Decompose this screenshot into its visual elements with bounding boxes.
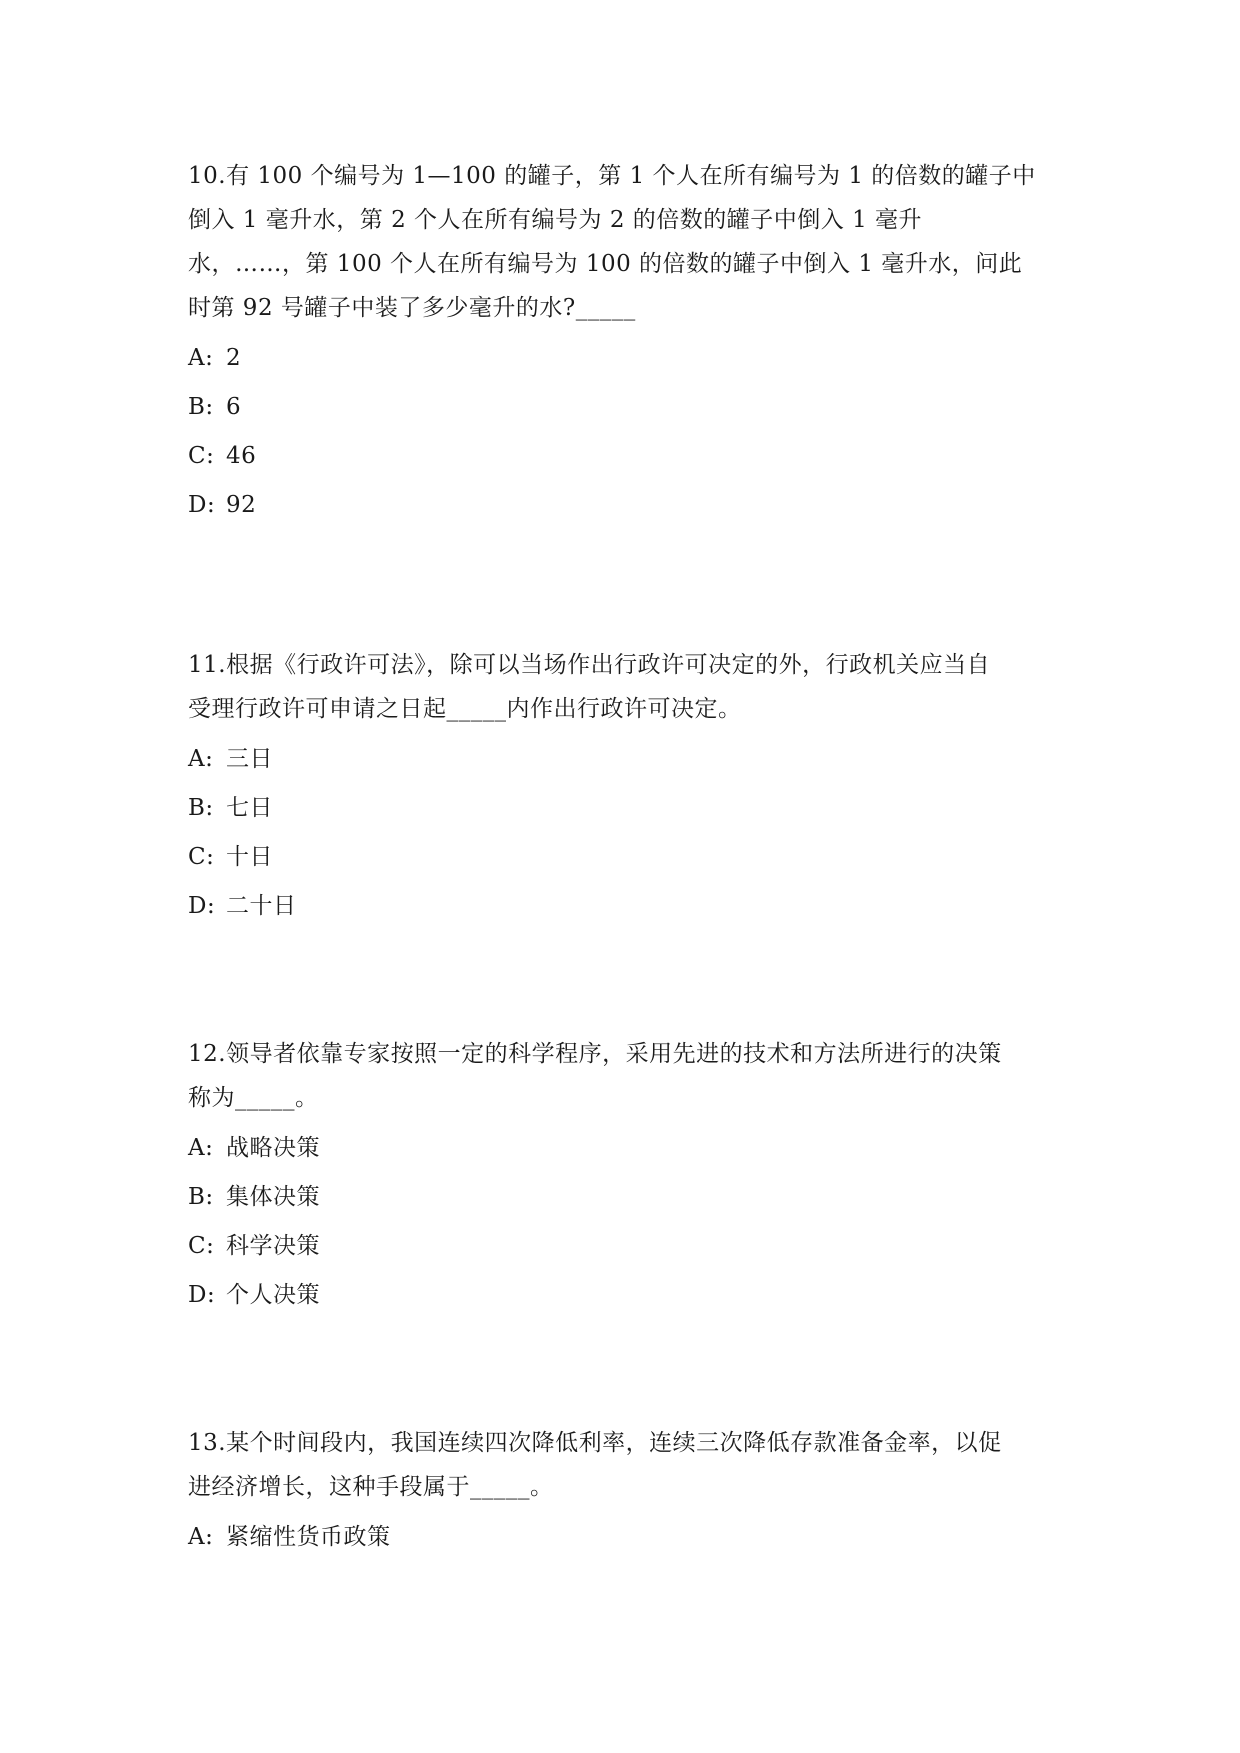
option-a: A:2 [188,334,1068,383]
stem-line: 称为_____。 [188,1076,1068,1120]
question-stem: 10.有 100 个编号为 1—100 的罐子，第 1 个人在所有编号为 1 的… [188,154,1068,330]
option-key: D: [188,1271,226,1320]
option-key: C: [188,833,226,882]
option-key: D: [188,882,226,931]
option-key: B: [188,1173,226,1222]
option-text: 二十日 [226,893,297,919]
option-text: 十日 [226,844,273,870]
option-c: C:十日 [188,833,1068,882]
option-d: D:92 [188,481,1068,530]
document-page: 10.有 100 个编号为 1—100 的罐子，第 1 个人在所有编号为 1 的… [0,0,1240,1753]
stem-line: 时第 92 号罐子中装了多少毫升的水?_____ [188,286,1068,330]
option-key: B: [188,383,226,432]
option-key: C: [188,432,226,481]
option-key: C: [188,1222,226,1271]
question-11: 11.根据《行政许可法》，除可以当场作出行政许可决定的外，行政机关应当自 受理行… [188,643,1068,931]
question-stem: 11.根据《行政许可法》，除可以当场作出行政许可决定的外，行政机关应当自 受理行… [188,643,1068,731]
option-a: A:战略决策 [188,1124,1068,1173]
option-text: 46 [226,443,256,469]
option-d: D:个人决策 [188,1271,1068,1320]
option-text: 个人决策 [226,1282,320,1308]
option-key: A: [188,334,226,383]
option-text: 科学决策 [226,1233,320,1259]
question-13: 13.某个时间段内，我国连续四次降低利率，连续三次降低存款准备金率，以促 进经济… [188,1421,1068,1562]
option-b: B:集体决策 [188,1173,1068,1222]
option-text: 战略决策 [226,1135,320,1161]
option-list: A:三日 B:七日 C:十日 D:二十日 [188,735,1068,931]
stem-line: 10.有 100 个编号为 1—100 的罐子，第 1 个人在所有编号为 1 的… [188,154,1068,198]
stem-line: 水，……，第 100 个人在所有编号为 100 的倍数的罐子中倒入 1 毫升水，… [188,242,1068,286]
stem-line: 12.领导者依靠专家按照一定的科学程序，采用先进的技术和方法所进行的决策 [188,1032,1068,1076]
stem-line: 倒入 1 毫升水，第 2 个人在所有编号为 2 的倍数的罐子中倒入 1 毫升 [188,198,1068,242]
option-list: A:紧缩性货币政策 [188,1513,1068,1562]
question-10: 10.有 100 个编号为 1—100 的罐子，第 1 个人在所有编号为 1 的… [188,154,1068,530]
option-key: A: [188,1513,226,1562]
option-b: B:6 [188,383,1068,432]
option-a: A:三日 [188,735,1068,784]
option-text: 92 [226,492,256,518]
option-key: B: [188,784,226,833]
stem-line: 进经济增长，这种手段属于_____。 [188,1465,1068,1509]
option-text: 七日 [226,795,273,821]
option-key: A: [188,735,226,784]
option-text: 6 [226,394,241,420]
option-list: A:战略决策 B:集体决策 C:科学决策 D:个人决策 [188,1124,1068,1320]
option-text: 2 [226,345,241,371]
stem-line: 11.根据《行政许可法》，除可以当场作出行政许可决定的外，行政机关应当自 [188,643,1068,687]
option-b: B:七日 [188,784,1068,833]
stem-line: 13.某个时间段内，我国连续四次降低利率，连续三次降低存款准备金率，以促 [188,1421,1068,1465]
option-a: A:紧缩性货币政策 [188,1513,1068,1562]
option-c: C:科学决策 [188,1222,1068,1271]
option-d: D:二十日 [188,882,1068,931]
question-stem: 13.某个时间段内，我国连续四次降低利率，连续三次降低存款准备金率，以促 进经济… [188,1421,1068,1509]
question-12: 12.领导者依靠专家按照一定的科学程序，采用先进的技术和方法所进行的决策 称为_… [188,1032,1068,1320]
option-list: A:2 B:6 C:46 D:92 [188,334,1068,530]
option-key: A: [188,1124,226,1173]
option-text: 紧缩性货币政策 [226,1524,391,1550]
option-c: C:46 [188,432,1068,481]
option-key: D: [188,481,226,530]
option-text: 三日 [226,746,273,772]
question-stem: 12.领导者依靠专家按照一定的科学程序，采用先进的技术和方法所进行的决策 称为_… [188,1032,1068,1120]
stem-line: 受理行政许可申请之日起_____内作出行政许可决定。 [188,687,1068,731]
option-text: 集体决策 [226,1184,320,1210]
